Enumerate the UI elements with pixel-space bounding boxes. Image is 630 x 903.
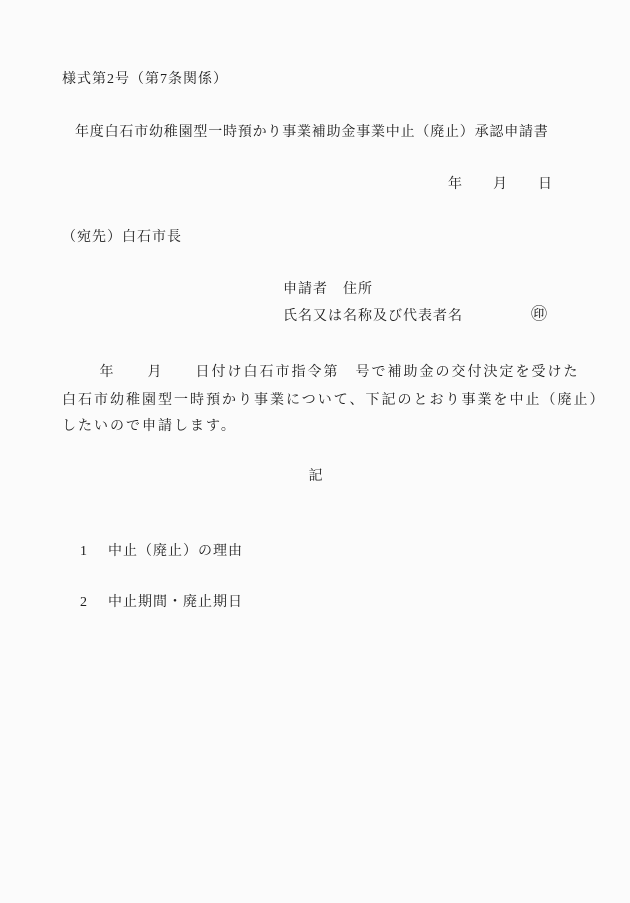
list-item-text: 中止期間・廃止期日 bbox=[108, 595, 243, 610]
applicant-address-label: 申請者 住所 bbox=[283, 280, 373, 300]
addressee-line: （宛先）白石市長 bbox=[62, 228, 182, 248]
seal-mark-icon: ㊞ bbox=[531, 305, 548, 325]
document-page: 様式第2号（第7条関係） 年度白石市幼稚園型一時預かり事業補助金事業中止（廃止）… bbox=[0, 0, 630, 903]
form-number: 様式第2号（第7条関係） bbox=[62, 70, 228, 90]
list-item-period: 2中止期間・廃止期日 bbox=[62, 573, 243, 633]
body-paragraph-line-3: したいので申請します。 bbox=[62, 417, 237, 437]
list-item-number: 1 bbox=[80, 542, 108, 562]
body-paragraph-line-1: 年 月 日付け白石市指令第 号で補助金の交付決定を受けた bbox=[62, 363, 580, 383]
document-title: 年度白石市幼稚園型一時預かり事業補助金事業中止（廃止）承認申請書 bbox=[75, 123, 549, 143]
list-item-number: 2 bbox=[80, 593, 108, 613]
applicant-name-label: 氏名又は名称及び代表者名 bbox=[283, 307, 463, 327]
record-marker: 記 bbox=[62, 467, 570, 487]
body-paragraph-line-2: 白石市幼稚園型一時預かり事業について、下記のとおり事業を中止（廃止） bbox=[62, 391, 605, 411]
list-item-text: 中止（廃止）の理由 bbox=[108, 544, 243, 559]
date-blank-line: 年 月 日 bbox=[448, 175, 553, 195]
